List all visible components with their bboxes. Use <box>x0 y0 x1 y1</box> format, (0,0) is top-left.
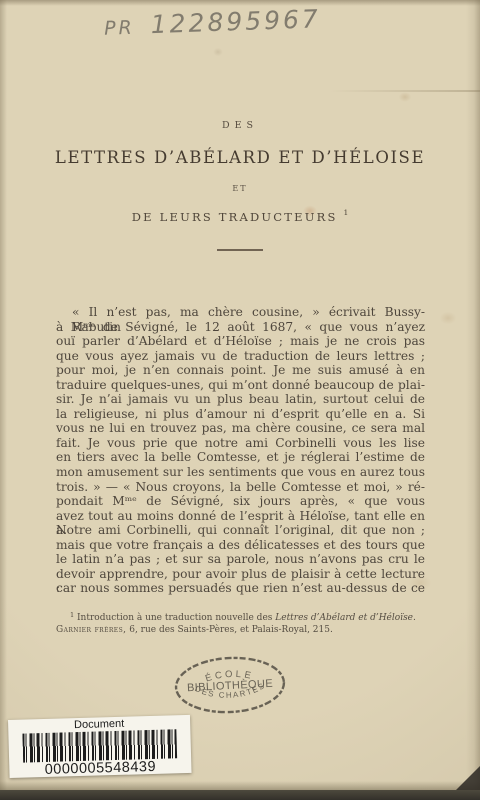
body-line: pour moi, je n’en connais point. Je me s… <box>56 363 425 378</box>
footnote-publisher: Garnier frères, <box>56 625 126 635</box>
body-line: car nous sommes persuadés que rien n’est… <box>56 581 425 596</box>
barcode-icon <box>22 729 177 762</box>
stamp-oval-icon: ÉCOLE BIBLIOTHÈQUE DES CHARTES <box>170 651 289 719</box>
footnote-text: Introduction à une traduction nouvelle d… <box>74 613 275 623</box>
barcode-sticker: Document 0000005548439 <box>8 715 192 778</box>
footnote-line: 1 Introduction à une traduction nouvelle… <box>56 610 428 625</box>
body-line: trois. » — « Nous croyons, la belle Comt… <box>56 480 425 495</box>
body-line: Notre ami Corbinelli, qui connaît l’orig… <box>56 523 425 538</box>
page-bottom-shadow <box>0 781 480 790</box>
body-line: avez tout au moins donné de l’esprit à H… <box>56 509 425 524</box>
title-divider <box>217 249 263 251</box>
title-subtitle: DE LEURS TRADUCTEURS 1 <box>0 208 480 224</box>
title-kicker: DES <box>0 120 480 131</box>
body-line: mais que votre français a des délicatess… <box>56 538 425 553</box>
body-line: fait. Je vous prie que notre ami Corbine… <box>56 436 425 451</box>
title-connector: ET <box>0 184 480 193</box>
body-line: mon amusement sur les sentiments que vou… <box>56 465 425 480</box>
footnote: 1 Introduction à une traduction nouvelle… <box>56 610 428 636</box>
footnote-line: Garnier frères, 6, rue des Saints-Pères,… <box>56 625 428 637</box>
body-line: vous ne lui en trouvez pas, ma chère cou… <box>56 421 425 436</box>
body-line: en tiers avec la belle Comtesse, et je r… <box>56 450 425 465</box>
title-block: DES LETTRES D’ABÉLARD ET D’HÉLOISE ET DE… <box>0 120 480 251</box>
body-line: à Mᵐᵉ de Sévigné, le 12 août 1687, « que… <box>56 320 425 335</box>
scan-edge <box>0 790 480 800</box>
body-line: « Il n’est pas, ma chère cousine, » écri… <box>56 305 425 320</box>
library-stamp: ÉCOLE BIBLIOTHÈQUE DES CHARTES <box>170 651 289 719</box>
shelfmark-number: 122895967 <box>150 4 321 39</box>
body-line: le latin n’a pas ; et sur sa parole, nou… <box>56 552 425 567</box>
body-line: que vous ayez jamais vu de traduction de… <box>56 349 425 364</box>
body-line: la religieuse, ni plus d’amour ni d’espr… <box>56 407 425 422</box>
scanned-book-page: PR122895967 DES LETTRES D’ABÉLARD ET D’H… <box>0 0 480 800</box>
body-line: sir. Je n’ai jamais vu un plus beau lati… <box>56 392 425 407</box>
body-line: ouï parler d’Abélard et d’Héloïse ; mais… <box>56 334 425 349</box>
footnote-reference: 1 <box>343 208 348 217</box>
body-line: devoir apprendre, pour avoir plus de pla… <box>56 567 425 582</box>
footnote-book-title: Lettres d’Abélard et d’Héloïse. <box>275 613 416 623</box>
body-line: pondait Mᵐᵉ de Sévigné, six jours après,… <box>56 494 425 509</box>
subtitle-text: DE LEURS TRADUCTEURS <box>132 210 338 224</box>
page-title: LETTRES D’ABÉLARD ET D’HÉLOISE <box>0 148 480 167</box>
body-paragraph: « Il n’est pas, ma chère cousine, » écri… <box>56 305 425 596</box>
shelfmark-prefix: PR <box>104 17 135 40</box>
footnote-address: 6, rue des Saints-Pères, et Palais-Royal… <box>126 625 332 635</box>
handwritten-shelfmark: PR122895967 <box>104 4 322 41</box>
paper-crease <box>330 90 480 92</box>
body-line: traduire quelques-unes, qui m’ont donné … <box>56 378 425 393</box>
